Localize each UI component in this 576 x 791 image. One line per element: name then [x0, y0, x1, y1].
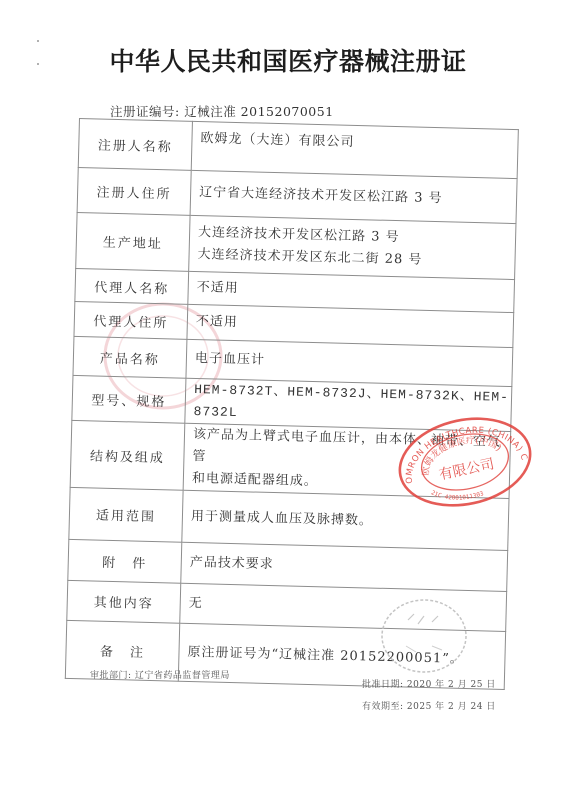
registration-number-value: 辽械注准 20152070051 [184, 104, 333, 119]
authority-seal-icon [378, 596, 470, 674]
registration-number: 注册证编号: 辽械注准 20152070051 [110, 102, 334, 120]
row-label: 生产地址 [76, 212, 190, 271]
valid-until-label: 有效期至: [362, 702, 404, 712]
row-label: 适用范围 [69, 487, 183, 542]
approval-department: 审批部门: 辽宁省药品监督管理局 [90, 668, 230, 681]
row-label: 附 件 [68, 539, 182, 583]
approval-date-value: 2020 年 2 月 25 日 [407, 680, 496, 690]
row-label: 注册人名称 [78, 119, 192, 171]
valid-until: 有效期至: 2025 年 2 月 24 日 [362, 699, 496, 712]
approval-department-label: 审批部门: [90, 671, 132, 681]
row-value: 欧姆龙（大连）有限公司 [191, 121, 518, 178]
row-label: 结构及组成 [70, 420, 185, 490]
approval-date-label: 批准日期: [362, 680, 404, 690]
certificate-page: 中华人民共和国医疗器械注册证 注册证编号: 辽械注准 20152070051 注… [0, 0, 576, 791]
svg-text:有限公司: 有限公司 [438, 456, 496, 483]
row-label: 产品名称 [73, 336, 187, 378]
row-value: 大连经济技术开发区松江路 3 号 大连经济技术开发区东北二街 28 号 [189, 215, 516, 279]
valid-until-value: 2025 年 2 月 24 日 [407, 702, 496, 712]
approval-department-value: 辽宁省药品监督管理局 [135, 671, 230, 681]
document-title: 中华人民共和国医疗器械注册证 [0, 42, 576, 78]
certificate-table: 注册人名称 欧姆龙（大连）有限公司 注册人住所 辽宁省大连经济技术开发区松江路 … [65, 118, 519, 669]
row-label: 其他内容 [67, 580, 181, 623]
row-label: 型号、规格 [72, 375, 186, 423]
registration-number-label: 注册证编号: [110, 104, 180, 119]
row-label: 代理人名称 [75, 268, 189, 304]
row-label: 代理人住所 [74, 301, 188, 339]
row-label: 注册人住所 [77, 167, 191, 215]
approval-date: 批准日期: 2020 年 2 月 25 日 [362, 677, 496, 690]
